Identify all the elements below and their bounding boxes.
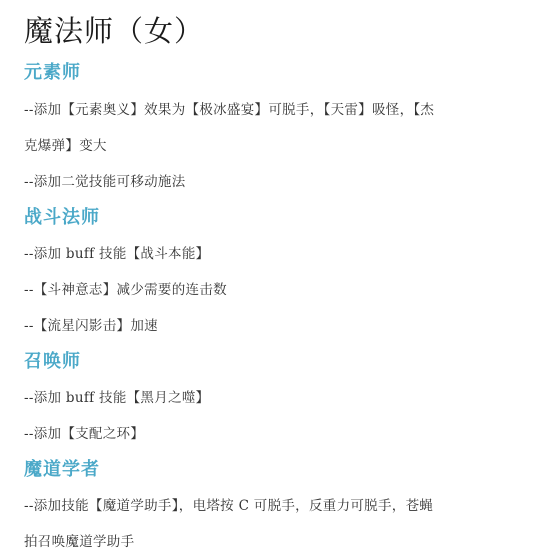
section-heading-witch: 魔道学者 [24, 455, 100, 481]
section-heading-battle-mage: 战斗法师 [24, 203, 100, 229]
section-line: 拍召唤魔道学助手 [24, 530, 134, 550]
section-heading-elementalist: 元素师 [24, 58, 81, 84]
section-heading-summoner: 召唤师 [24, 347, 81, 373]
section-line: --添加 buff 技能【黑月之噬】 [24, 386, 209, 406]
page-title: 魔法师（女） [24, 9, 204, 50]
section-line: --【流星闪影击】加速 [24, 314, 158, 334]
section-line: --【斗神意志】减少需要的连击数 [24, 278, 227, 298]
section-line: --添加【元素奥义】效果为【极冰盛宴】可脱手，【天雷】吸怪，【杰 [24, 98, 434, 118]
section-line: --添加技能【魔道学助手】，电塔按 C 可脱手，反重力可脱手，苍蝇 [24, 494, 433, 514]
section-line: --添加【支配之环】 [24, 422, 144, 442]
section-line: --添加二觉技能可移动施法 [24, 170, 186, 190]
section-line: 克爆弹】变大 [24, 134, 107, 154]
section-line: --添加 buff 技能【战斗本能】 [24, 242, 209, 262]
